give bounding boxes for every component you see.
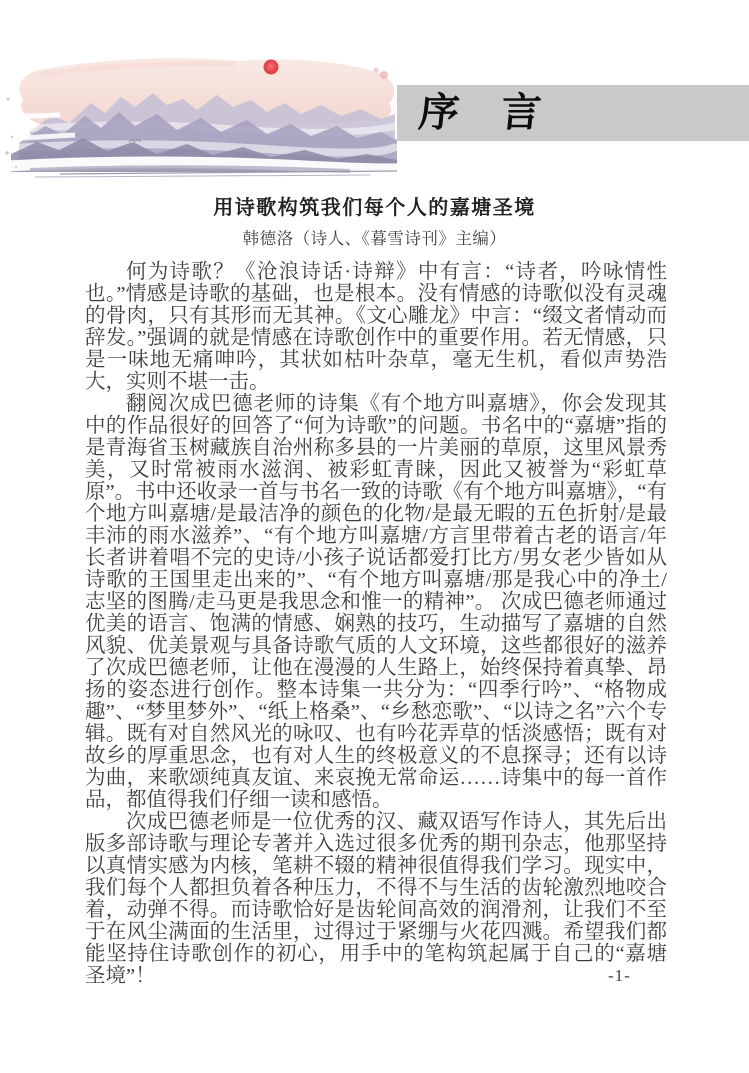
page-number: -1- xyxy=(608,966,631,986)
paragraph-3: 次成巴德老师是一位优秀的汉、藏双语写作诗人，其先后出版多部诗歌与理论专著并入选过… xyxy=(85,811,667,987)
paragraph-2: 翻阅次成巴德老师的诗集《有个地方叫嘉塘》，你会发现其中的作品很好的回答了“何为诗… xyxy=(85,393,667,811)
article-body: 何为诗歌？《沧浪诗话·诗辩》中有言：“诗者，吟咏情性也。”情感是诗歌的基础，也是… xyxy=(85,261,667,987)
article-title: 用诗歌构筑我们每个人的嘉塘圣境 xyxy=(0,191,749,220)
chapter-banner-title: 序 言 xyxy=(395,93,557,133)
watercolor-mountains-painting xyxy=(5,53,400,180)
paragraph-1: 何为诗歌？《沧浪诗话·诗辩》中有言：“诗者，吟咏情性也。”情感是诗歌的基础，也是… xyxy=(85,261,667,393)
article-byline: 韩德洛（诗人、《暮雪诗刊》主编） xyxy=(0,225,749,249)
document-page: 序 言 用诗歌构筑我们每个人的嘉塘圣境 韩德洛（诗人、《暮雪诗刊》主编） 何为诗… xyxy=(0,0,749,1073)
red-sun-icon xyxy=(264,60,279,75)
chapter-banner: 序 言 xyxy=(397,85,749,141)
